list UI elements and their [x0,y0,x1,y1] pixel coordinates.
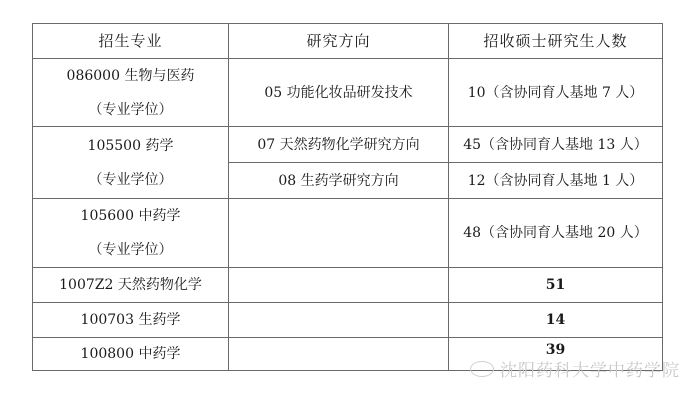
count-cell: 10（含协同育人基地 7 人） [449,59,662,126]
direction-cell [229,199,448,267]
header-major: 招生专业 [33,24,228,58]
direction-cell: 07 天然药物化学研究方向 [229,127,448,162]
major-note: （专业学位） [89,233,173,267]
direction-cell [229,338,448,370]
count-cell: 48（含协同育人基地 20 人） [449,199,662,267]
wechat-icon [470,361,494,377]
major-note: （专业学位） [89,163,173,197]
major-name: 100703 生药学 [33,303,228,337]
enrollment-table: 招生专业 研究方向 招收硕士研究生人数 086000 生物与医药 （专业学位） … [32,23,663,371]
direction-cell: 05 功能化妆品研发技术 [229,59,448,126]
major-name: 105600 中药学 [81,199,181,233]
table-row-major: 086000 生物与医药 （专业学位） [33,59,228,126]
direction-cell [229,303,448,337]
count-cell: 51 [449,268,662,302]
table-row-major: 105500 药学 （专业学位） [33,127,228,198]
direction-cell [229,268,448,302]
header-count: 招收硕士研究生人数 [449,24,662,58]
count-cell: 12（含协同育人基地 1 人） [449,163,662,198]
watermark: 沈阳药科大学中药学院 [470,356,680,381]
direction-cell: 08 生药学研究方向 [229,163,448,198]
header-direction: 研究方向 [229,24,448,58]
major-note: （专业学位） [89,93,173,127]
count-cell: 14 [449,303,662,337]
major-name: 1007Z2 天然药物化学 [33,268,228,302]
major-name: 100800 中药学 [33,338,228,370]
major-name: 105500 药学 [88,129,174,163]
table-row-major: 105600 中药学 （专业学位） [33,199,228,267]
watermark-text: 沈阳药科大学中药学院 [500,356,680,381]
major-name: 086000 生物与医药 [67,59,195,93]
count-cell: 45（含协同育人基地 13 人） [449,127,662,162]
